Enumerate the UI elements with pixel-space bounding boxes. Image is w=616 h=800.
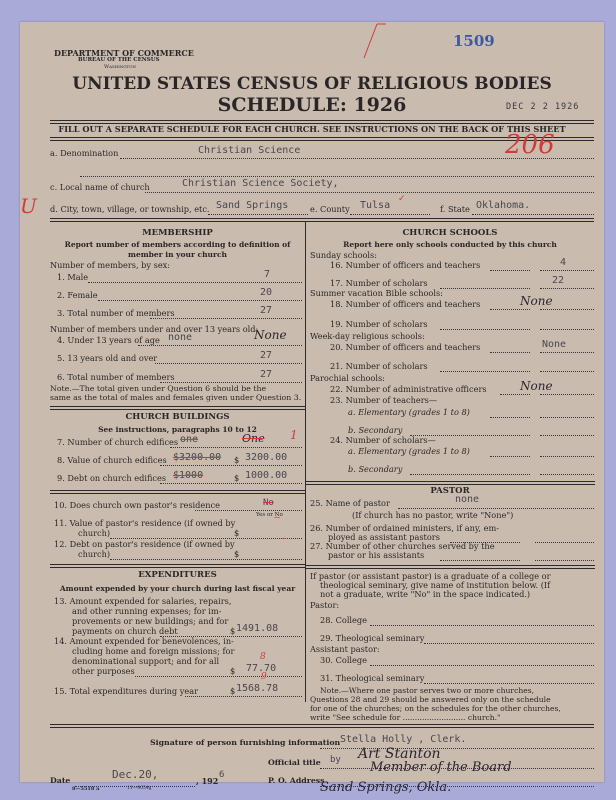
q2-label: 2. Female xyxy=(57,290,98,300)
dotted-line xyxy=(410,474,530,475)
dotted-line xyxy=(398,508,594,509)
q7-handwritten-value[interactable]: One xyxy=(242,432,265,445)
po-address-handwritten[interactable]: Sand Springs, Okla. xyxy=(320,780,451,795)
local-name-value[interactable]: Christian Science Society, xyxy=(182,178,339,189)
q16-value[interactable]: 4 xyxy=(560,257,566,268)
dotted-line xyxy=(440,371,530,372)
dotted-line xyxy=(440,288,530,289)
q1-label: 1. Male xyxy=(57,272,88,282)
date-label: Date xyxy=(50,776,70,785)
dotted-line xyxy=(490,417,530,418)
dotted-line xyxy=(540,417,594,418)
q18-label: 18. Number of officers and teachers xyxy=(330,299,480,309)
q8-struck-value: $3200.00 xyxy=(173,452,221,463)
margin-mark: U xyxy=(20,194,37,218)
q5-label: 5. 13 years old and over xyxy=(57,353,157,363)
red-checkmark: ✓ xyxy=(398,194,406,204)
q14-line: 14. Amount expended for benevolences, in… xyxy=(54,636,234,646)
membership-sub1: Report number of members according to de… xyxy=(50,240,305,250)
q2-female-value[interactable]: 20 xyxy=(260,287,272,298)
county-value[interactable]: Tulsa xyxy=(360,200,390,211)
dotted-line xyxy=(540,352,594,353)
schools-sub: Report here only schools conducted by th… xyxy=(305,240,595,250)
members-by-sex: Number of members, by sex: xyxy=(50,260,170,270)
po-address-label: P. O. Address xyxy=(268,776,325,785)
rule xyxy=(305,481,595,485)
dotted-line xyxy=(160,382,302,383)
dollar-sign: $ xyxy=(230,686,235,696)
pastor-heading: PASTOR xyxy=(305,486,595,496)
q10-value[interactable]: No xyxy=(263,498,274,508)
grad-note3: not a graduate, write "No" in the space … xyxy=(320,589,530,599)
dotted-line xyxy=(490,309,530,310)
dotted-line xyxy=(490,352,530,353)
dotted-line xyxy=(424,643,594,644)
q14-line: denominational support; and for all xyxy=(72,656,219,666)
dotted-line xyxy=(490,456,530,457)
dotted-line xyxy=(98,300,302,301)
q13-value[interactable]: 1491.08 xyxy=(236,623,278,634)
q4-typed-value[interactable]: none xyxy=(168,332,192,343)
red-dash: ‒ xyxy=(280,533,286,544)
dotted-line xyxy=(500,394,530,395)
year-suffix[interactable]: 6 xyxy=(219,770,224,780)
q25-value[interactable]: none xyxy=(455,494,479,505)
q13-line: payments on church debt xyxy=(72,626,178,636)
q24b-label: b. Secondary xyxy=(348,464,402,474)
age-heading: Number of members under and over 13 year… xyxy=(50,324,258,334)
schools-heading: CHURCH SCHOOLS xyxy=(305,228,595,238)
dotted-line xyxy=(170,447,302,448)
q13-line: provements or new buildings; and for xyxy=(72,616,228,626)
q3-total-value[interactable]: 27 xyxy=(260,305,272,316)
membership-note2: same as the total of males and females g… xyxy=(50,393,301,403)
dotted-line xyxy=(540,474,594,475)
q13-line: 13. Amount expended for salaries, repair… xyxy=(54,596,231,606)
dotted-line xyxy=(535,542,594,543)
q7-red-mark: 1 xyxy=(290,428,298,442)
pastor-note4: write "See schedule for ................… xyxy=(310,713,501,723)
buildings-heading: CHURCH BUILDINGS xyxy=(50,412,305,422)
q27-label2: pastor or his assistants xyxy=(328,550,424,560)
expenditures-sub: Amount expended by your church during la… xyxy=(50,584,305,594)
dotted-line xyxy=(472,214,594,215)
dotted-line xyxy=(185,696,302,697)
q24a-label: a. Elementary (grades 1 to 8) xyxy=(348,446,470,456)
dotted-line xyxy=(350,214,430,215)
dotted-line xyxy=(138,345,302,346)
dotted-line xyxy=(155,363,302,364)
q12-label1: 12. Debt on pastor's residence (if owned… xyxy=(54,539,235,549)
q10-label: 10. Does church own pastor's residence xyxy=(54,500,220,510)
q20-label: 20. Number of officers and teachers xyxy=(330,342,480,352)
weekday-schools: Week-day religious schools: xyxy=(310,331,425,341)
q15-value[interactable]: 1568.78 xyxy=(236,683,278,694)
q6-label: 6. Total number of members xyxy=(57,372,175,382)
q4-handwritten-value: None xyxy=(254,328,287,342)
dotted-line xyxy=(440,560,520,561)
q7-struck-value: one xyxy=(180,434,198,445)
q21-label: 21. Number of scholars xyxy=(330,361,428,371)
q17-value[interactable]: 22 xyxy=(552,275,564,286)
red-code: 206 xyxy=(505,130,555,160)
q3-label: 3. Total number of members xyxy=(57,308,175,318)
city-value[interactable]: Sand Springs xyxy=(216,200,288,211)
q15-label: 15. Total expenditures during year xyxy=(54,686,198,696)
rule xyxy=(50,490,305,494)
dotted-line xyxy=(80,176,594,177)
q6-value[interactable]: 27 xyxy=(260,369,272,380)
q16-label: 16. Number of officers and teachers xyxy=(330,260,480,270)
q25-hint: (If church has no pastor, write "None") xyxy=(352,510,513,520)
q17-label: 17. Number of scholars xyxy=(330,278,428,288)
rule xyxy=(50,564,305,568)
q28-label: 28. College xyxy=(320,615,367,625)
form-number-2: 11—9054g xyxy=(127,786,152,791)
q9-value[interactable]: 1000.00 xyxy=(245,470,287,481)
dotted-line xyxy=(540,435,594,436)
dollar-sign: $ xyxy=(230,626,235,636)
state-value[interactable]: Oklahoma. xyxy=(476,200,530,211)
dotted-line xyxy=(370,625,594,626)
q7-label: 7. Number of church edifices xyxy=(57,437,178,447)
dollar-sign: $ xyxy=(230,666,235,676)
state-label: f. State xyxy=(440,204,470,214)
dotted-line xyxy=(195,510,302,511)
membership-sub2: member in your church xyxy=(50,250,305,260)
signature-value[interactable]: Stella Holly , Clerk. xyxy=(340,734,466,745)
dotted-line xyxy=(540,329,594,330)
dotted-line xyxy=(110,559,302,560)
dept-line3: Washington xyxy=(104,64,136,70)
dotted-line xyxy=(540,456,594,457)
q12-label2: church) xyxy=(78,549,110,559)
date-value[interactable]: Dec.20, xyxy=(112,768,158,781)
q23b-label: b. Secondary xyxy=(348,425,402,435)
rule xyxy=(305,565,595,569)
q22-label: 22. Number of administrative officers xyxy=(330,384,487,394)
q4-label: 4. Under 13 years of age xyxy=(57,335,160,345)
q14-line: cluding home and foreign missions; for xyxy=(72,646,234,656)
dotted-line xyxy=(88,282,302,283)
city-label: d. City, town, village, or township, etc… xyxy=(50,204,210,214)
official-title-typed: by xyxy=(330,755,341,765)
buildings-sub: See instructions, paragraphs 10 to 12 xyxy=(50,425,305,435)
assistant-subheading: Assistant pastor: xyxy=(310,644,380,654)
q5-value[interactable]: 27 xyxy=(260,350,272,361)
dotted-line xyxy=(440,329,530,330)
q8-value[interactable]: 3200.00 xyxy=(245,452,287,463)
dotted-line xyxy=(150,318,302,319)
dotted-line xyxy=(160,465,302,466)
dotted-line xyxy=(135,676,302,677)
summer-schools: Summer vacation Bible schools: xyxy=(310,288,443,298)
dollar-sign: $ xyxy=(234,473,239,483)
denomination-value[interactable]: Christian Science xyxy=(198,145,300,156)
q14-line: other purposes xyxy=(72,666,135,676)
county-label: e. County xyxy=(310,204,350,214)
membership-heading: MEMBERSHIP xyxy=(50,228,305,238)
expenditures-heading: EXPENDITURES xyxy=(50,570,305,580)
dotted-line xyxy=(208,214,308,215)
dollar-sign: $ xyxy=(234,528,239,538)
stamp-number: 1509 xyxy=(453,32,495,50)
pastor-subheading: Pastor: xyxy=(310,600,339,610)
q9-struck-value: $1000 xyxy=(173,470,203,481)
column-divider xyxy=(305,222,306,702)
received-date-stamp: DEC 2 2 1926 xyxy=(506,102,579,112)
rule xyxy=(50,218,594,222)
q8-label: 8. Value of church edifices xyxy=(57,455,167,465)
red-dash: ‒ xyxy=(274,512,280,523)
dollar-sign: $ xyxy=(234,455,239,465)
year-prefix: , 192 xyxy=(196,776,218,786)
dotted-line xyxy=(370,665,594,666)
signature-label: Signature of person furnishing informati… xyxy=(150,738,340,747)
official-title-label: Official title xyxy=(268,758,321,767)
q9-label: 9. Debt on church edifices xyxy=(57,473,166,483)
q15-red-correction: 9 xyxy=(261,672,267,682)
official-title-handwritten-line2: Member of the Board xyxy=(370,760,512,775)
q1-male-value[interactable]: 7 xyxy=(264,269,270,280)
q23-label: 23. Number of teachers— xyxy=(330,395,437,405)
q11-label2: church) xyxy=(78,528,110,538)
dotted-line xyxy=(540,371,594,372)
dotted-line xyxy=(540,270,594,271)
dotted-line xyxy=(120,158,594,159)
dotted-line xyxy=(160,483,302,484)
q24-label: 24. Number of scholars— xyxy=(330,435,436,445)
dotted-line xyxy=(535,560,594,561)
dotted-line xyxy=(540,309,594,310)
dept-line2: BUREAU OF THE CENSUS xyxy=(78,57,160,63)
census-schedule-page: 1509 DEPARTMENT OF COMMERCE BUREAU OF TH… xyxy=(20,22,604,782)
q18-handwritten-value[interactable]: None xyxy=(520,294,553,308)
q19-label: 19. Number of scholars xyxy=(330,319,428,329)
dollar-sign: $ xyxy=(234,549,239,559)
q30-label: 30. College xyxy=(320,655,367,665)
q11-label1: 11. Value of pastor's residence (if owne… xyxy=(54,518,235,528)
dotted-line xyxy=(145,192,594,193)
sunday-schools: Sunday schools: xyxy=(310,250,377,260)
q13-line: and other running expenses; for im- xyxy=(72,606,221,616)
q29-label: 29. Theological seminary xyxy=(320,633,424,643)
q25-label: 25. Name of pastor xyxy=(310,498,390,508)
q14-red-correction: 8 xyxy=(260,652,266,662)
page-title: UNITED STATES CENSUS OF RELIGIOUS BODIES xyxy=(20,74,604,94)
rule xyxy=(50,724,594,728)
q20-value[interactable]: None xyxy=(542,339,566,350)
local-name-label: c. Local name of church xyxy=(50,182,150,192)
q23a-label: a. Elementary (grades 1 to 8) xyxy=(348,407,470,417)
red-pencil-mark xyxy=(360,22,390,62)
dotted-line xyxy=(540,394,594,395)
q22-handwritten-value[interactable]: None xyxy=(520,379,553,393)
dotted-line xyxy=(490,270,530,271)
form-number-1: 8—5518 a xyxy=(72,786,99,792)
denomination-label: a. Denomination xyxy=(50,148,118,158)
parochial-schools: Parochial schools: xyxy=(310,373,385,383)
q31-label: 31. Theological seminary xyxy=(320,673,424,683)
dotted-line xyxy=(424,683,594,684)
rule xyxy=(50,406,305,410)
dotted-line xyxy=(540,288,594,289)
